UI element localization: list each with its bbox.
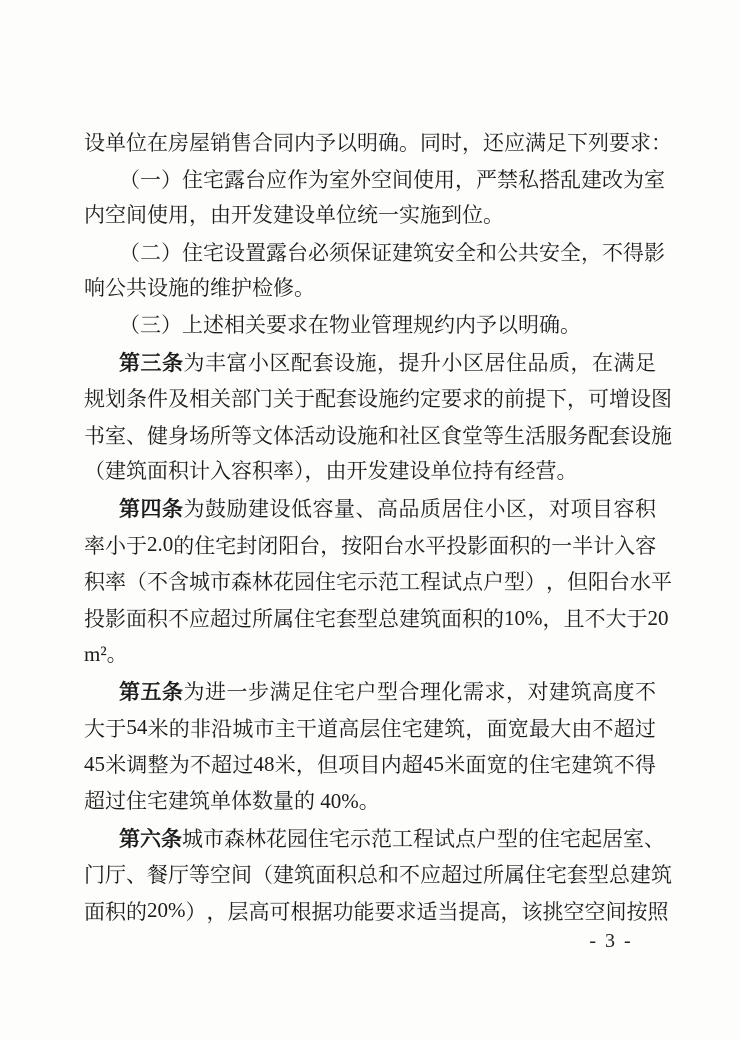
text-run: 生	[504, 420, 525, 450]
text-run: 求	[462, 383, 483, 413]
text-run: 住	[294, 603, 315, 633]
text-line: 第三条为丰富小区配套设施，提升小区居住品质，在满足	[84, 344, 656, 381]
text-run: 程	[420, 566, 441, 596]
text-run: 米	[105, 749, 126, 779]
text-run: 步	[248, 676, 269, 706]
text-run: 超	[402, 749, 423, 779]
text-run: ，	[528, 493, 549, 523]
text-run: ）	[161, 164, 182, 194]
text-run: 堂	[462, 420, 483, 450]
text-run: 公	[497, 237, 518, 267]
text-run: 总	[378, 603, 399, 633]
text-run: 外	[350, 164, 371, 194]
text-run: 乱	[560, 164, 581, 194]
text-run: 及	[168, 383, 189, 413]
text-run: 室	[623, 823, 644, 853]
scanned-document-page: 设单位在房屋销售合同内予以明确。同时，还应满足下列要求：（一）住宅露台应作为室外…	[0, 0, 740, 1041]
text-run: 10%	[504, 606, 543, 631]
text-run: 宅	[336, 566, 357, 596]
text-run: 根	[291, 896, 312, 926]
text-run: 层	[228, 896, 249, 926]
text-run: 保	[350, 237, 371, 267]
text-run: 间	[392, 164, 413, 194]
text-run: 程	[413, 823, 434, 853]
text-run: ，	[207, 896, 228, 926]
text-run: 市	[203, 823, 224, 853]
text-run: 影	[644, 237, 665, 267]
text-run: 划	[105, 383, 126, 413]
text-run: 功	[333, 896, 354, 926]
text-run: 第	[119, 493, 140, 523]
text-run: 但	[317, 749, 338, 779]
text-run: 投	[446, 530, 467, 560]
text-run: 屋	[189, 127, 210, 157]
text-run: 不	[147, 566, 168, 596]
text-run: 层	[359, 713, 380, 743]
text-run: 住	[381, 713, 402, 743]
text-run: 室	[105, 420, 126, 450]
text-run: 高	[592, 676, 613, 706]
text-run: 整	[148, 749, 169, 779]
text-run: 20%	[147, 898, 186, 923]
text-run: 第	[119, 823, 140, 853]
text-line: 超过住宅建筑单体数量的 40%。	[84, 783, 656, 820]
text-run: 沿	[211, 713, 232, 743]
text-run: 挑	[543, 896, 564, 926]
text-run: 施	[356, 347, 377, 377]
text-run: 计	[593, 530, 614, 560]
text-run: 林	[252, 566, 273, 596]
text-run: 室	[644, 164, 665, 194]
text-run: 台	[609, 566, 630, 596]
text-run: 一	[551, 530, 572, 560]
text-run: 影	[105, 603, 126, 633]
text-run: 型	[357, 603, 378, 633]
text-run: 适	[417, 896, 438, 926]
text-run: 和	[378, 420, 399, 450]
text-run: 设	[224, 237, 245, 267]
text-run: 最	[529, 713, 550, 743]
text-run: ，	[506, 676, 527, 706]
text-run: ：	[651, 127, 672, 157]
text-run: 宽	[487, 749, 508, 779]
text-line: （三）上述相关要求在物业管理规约内予以明确。	[84, 307, 656, 344]
text-run: 影	[467, 530, 488, 560]
text-run: 建	[423, 713, 444, 743]
text-run: 住	[182, 164, 203, 194]
text-run: 花	[273, 566, 294, 596]
text-run: 部	[231, 383, 252, 413]
text-run: 安	[434, 237, 455, 267]
text-run: 米	[275, 749, 296, 779]
text-run: 第	[119, 347, 140, 377]
text-run: 当	[438, 896, 459, 926]
text-run: 提	[459, 896, 480, 926]
paragraph-article-4: 第四条为鼓励建设低容量、高品质居住小区，对项目容积率小于2.0的住宅封闭阳台，按…	[84, 490, 656, 673]
text-run: 筑	[444, 713, 465, 743]
text-run: 五	[141, 676, 162, 706]
text-run: 合	[252, 127, 273, 157]
text-run: 市	[210, 566, 231, 596]
text-run: 住	[313, 676, 334, 706]
text-run: 台	[299, 530, 320, 560]
document-body: 设单位在房屋销售合同内予以明确。同时，还应满足下列要求：（一）住宅露台应作为室外…	[84, 124, 656, 929]
text-run: 户	[356, 676, 377, 706]
text-run: 施	[378, 383, 399, 413]
text-run: 面	[126, 603, 147, 633]
text-run: 服	[546, 420, 567, 450]
text-run: 半	[572, 530, 593, 560]
text-run: 超过住宅建筑单体数量的 40%。	[84, 789, 380, 813]
text-run: 宅	[560, 823, 581, 853]
text-run: 升	[420, 347, 441, 377]
text-run: 间	[231, 859, 252, 889]
text-run: 项	[338, 749, 359, 779]
text-run: 安	[539, 237, 560, 267]
paragraph-item-3: （三）上述相关要求在物业管理规约内予以明确。	[84, 307, 656, 344]
text-run: 进	[205, 676, 226, 706]
text-line: 设单位在房屋销售合同内予以明确。同时，还应满足下列要求：	[84, 124, 656, 161]
text-run: 等	[483, 420, 504, 450]
text-run: 空	[585, 896, 606, 926]
text-run: 主	[275, 713, 296, 743]
text-line: 投影面积不应超过所属住宅套型总建筑面积的10%，且不大于20	[84, 600, 656, 637]
text-run: 筑	[571, 676, 592, 706]
text-line: 45米调整为不超过48米，但项目内超45米面宽的住宅建筑不得	[84, 746, 656, 783]
text-run: 设	[357, 383, 378, 413]
text-line: 规划条件及相关部门关于配套设施约定要求的前提下，可增设图	[84, 380, 656, 417]
text-run: 一	[227, 676, 248, 706]
text-run: 约	[399, 383, 420, 413]
paragraph-article-3: 第三条为丰富小区配套设施，提升小区居住品质，在满足规划条件及相关部门关于配套设施…	[84, 344, 656, 490]
text-run: 足	[635, 347, 656, 377]
text-run: 宽	[508, 713, 529, 743]
text-run: 、	[356, 493, 377, 523]
text-run: 共	[518, 237, 539, 267]
text-run: ，	[543, 603, 564, 633]
text-run: 的	[518, 823, 539, 853]
text-run: 。	[399, 127, 420, 157]
text-run: 满	[270, 676, 291, 706]
text-run: 面	[84, 896, 105, 926]
text-run: 工	[399, 566, 420, 596]
text-run: ，	[462, 127, 483, 157]
text-run: 品	[399, 493, 420, 523]
text-run: 的	[483, 383, 504, 413]
text-run: 超	[211, 749, 232, 779]
text-run: 水	[630, 566, 651, 596]
text-run: 台	[287, 237, 308, 267]
text-run: 型	[588, 859, 609, 889]
text-run: 率	[84, 530, 105, 560]
text-run: 定	[420, 383, 441, 413]
text-run: 含	[168, 566, 189, 596]
text-run: 全	[455, 237, 476, 267]
text-line: 第六条城市森林花园住宅示范工程试点户型的住宅起居室、	[84, 819, 656, 856]
text-run: 室	[329, 164, 350, 194]
text-run: 确	[378, 127, 399, 157]
text-run: 位	[126, 127, 147, 157]
text-run: 非	[190, 713, 211, 743]
paragraph-item-2: （二）住宅设置露台必须保证建筑安全和公共安全，不得影响公共设施的维护检修。	[84, 234, 656, 307]
text-run: 建	[273, 859, 294, 889]
text-run: 足	[291, 676, 312, 706]
text-run: 的	[169, 713, 190, 743]
text-run: 书	[84, 420, 105, 450]
text-line: （二）住宅设置露台必须保证建筑安全和公共安全，不得影	[84, 234, 656, 271]
text-run: 宅	[550, 749, 571, 779]
text-run: 售	[231, 127, 252, 157]
text-run: 销	[210, 127, 231, 157]
text-run: 证	[371, 237, 392, 267]
text-run: 内	[381, 749, 402, 779]
text-run: 厅	[105, 859, 126, 889]
text-run: 示	[357, 566, 378, 596]
text-run: 满	[614, 347, 635, 377]
text-run: 不	[168, 603, 189, 633]
text-run: 宅	[203, 164, 224, 194]
text-run: 的	[126, 896, 147, 926]
text-line: m²。	[84, 636, 656, 673]
text-line: （建筑面积计入容积率），由开发建设单位持有经营。	[84, 453, 656, 490]
text-run: 区	[463, 347, 484, 377]
text-run: 宅	[329, 823, 350, 853]
text-run: 前	[504, 383, 525, 413]
text-run: m²。	[84, 642, 128, 666]
text-run: 积	[105, 896, 126, 926]
text-run: 建	[392, 237, 413, 267]
text-run: 同	[273, 127, 294, 157]
text-run: 套	[313, 347, 334, 377]
text-run: 食	[441, 420, 462, 450]
text-run: 高	[480, 896, 501, 926]
text-run: 条	[126, 383, 147, 413]
text-run: 响公共设施的维护检修。	[84, 276, 315, 300]
text-run: 示	[350, 823, 371, 853]
text-run: 、	[126, 859, 147, 889]
text-run: 得	[635, 749, 656, 779]
text-run: 不	[593, 713, 614, 743]
text-run: 和	[378, 859, 399, 889]
text-run: ，	[546, 566, 567, 596]
text-run: 建	[581, 164, 602, 194]
text-run: 等	[231, 420, 252, 450]
text-run: 于	[294, 383, 315, 413]
text-run: 应	[504, 127, 525, 157]
text-run: 内空间使用，由开发建设单位统一实施到位。	[84, 203, 504, 227]
text-run: 应	[189, 603, 210, 633]
text-run: ，	[455, 164, 476, 194]
text-run: 住	[308, 823, 329, 853]
text-run: 宅	[546, 859, 567, 889]
text-run: 的	[530, 530, 551, 560]
text-run: 区	[420, 420, 441, 450]
text-line: 书室、健身场所等文体活动设施和社区食堂等生活服务配套设施	[84, 417, 656, 454]
text-run: 积	[635, 493, 656, 523]
text-run: 且	[564, 603, 585, 633]
text-run: 理	[420, 676, 441, 706]
text-run: 住	[539, 823, 560, 853]
paragraph-item-1: （一）住宅露台应作为室外空间使用，严禁私搭乱建改为室内空间使用，由开发建设单位统…	[84, 161, 656, 234]
text-run: 积	[336, 859, 357, 889]
text-run: 过	[232, 749, 253, 779]
text-run: 森	[231, 566, 252, 596]
text-run: 工	[392, 823, 413, 853]
text-run: 型	[377, 676, 398, 706]
text-run: 配	[315, 383, 336, 413]
text-run: ，	[571, 347, 592, 377]
text-run: 设	[336, 420, 357, 450]
text-run: 筑	[294, 859, 315, 889]
text-run: 过	[231, 603, 252, 633]
text-run: 为	[184, 493, 205, 523]
text-run: ）	[161, 237, 182, 267]
text-run: 可	[588, 383, 609, 413]
text-run: 筑	[593, 749, 614, 779]
text-run: 关	[273, 383, 294, 413]
text-run: 用	[434, 164, 455, 194]
text-run: 点	[462, 566, 483, 596]
text-run: 量	[334, 493, 355, 523]
text-run: 过	[462, 859, 483, 889]
text-run: 宅	[215, 530, 236, 560]
text-run: 提	[525, 383, 546, 413]
text-line: 响公共设施的维护检修。	[84, 270, 656, 307]
text-run: 空	[371, 164, 392, 194]
text-run: 小	[442, 347, 463, 377]
text-run: 为	[169, 749, 190, 779]
text-run: 门	[252, 383, 273, 413]
text-run: 入	[614, 530, 635, 560]
text-run: 居	[442, 493, 463, 523]
text-run: 化	[442, 676, 463, 706]
text-run: 据	[312, 896, 333, 926]
text-run: 予	[315, 127, 336, 157]
text-run: 以	[336, 127, 357, 157]
text-run: 试	[434, 823, 455, 853]
text-line: （一）住宅露台应作为室外空间使用，严禁私搭乱建改为室	[84, 161, 656, 198]
text-run: ，	[567, 383, 588, 413]
text-run: 丰	[205, 347, 226, 377]
text-run: 48	[254, 752, 275, 777]
text-run: 设	[270, 493, 291, 523]
text-run: 社	[399, 420, 420, 450]
text-line: 第五条为进一步满足住宅户型合理化需求，对建筑高度不	[84, 673, 656, 710]
text-run: 要	[609, 127, 630, 157]
text-run: 高	[377, 493, 398, 523]
text-run: 于	[627, 603, 648, 633]
text-run: 花	[266, 823, 287, 853]
text-run: 明	[357, 127, 378, 157]
text-run: 项	[571, 493, 592, 523]
text-run: 间	[606, 896, 627, 926]
text-run: 应	[420, 859, 441, 889]
text-run: 务	[567, 420, 588, 450]
text-run: 型	[504, 566, 525, 596]
text-run: 露	[266, 237, 287, 267]
text-run: 四	[141, 493, 162, 523]
text-run: 面	[487, 713, 508, 743]
text-run: 宅	[315, 603, 336, 633]
text-run: ）	[525, 566, 546, 596]
text-run: 可	[270, 896, 291, 926]
text-run: 道	[317, 713, 338, 743]
text-run: 鼓	[205, 493, 226, 523]
text-run: 筑	[420, 603, 441, 633]
text-run: 下	[546, 383, 567, 413]
text-run: 按	[341, 530, 362, 560]
text-run: 高	[338, 713, 359, 743]
text-run: 住	[529, 749, 550, 779]
text-run: 住	[463, 493, 484, 523]
text-run: ，	[320, 530, 341, 560]
text-run: 属	[273, 603, 294, 633]
text-run: 所	[483, 859, 504, 889]
text-run: 增	[609, 383, 630, 413]
text-run: 条	[161, 823, 182, 853]
text-run: 设	[630, 420, 651, 450]
text-run: 求	[630, 127, 651, 157]
text-run: 设	[84, 127, 105, 157]
text-run: 件	[147, 383, 168, 413]
text-run: ）	[186, 896, 207, 926]
text-run: 户	[483, 566, 504, 596]
text-run: 空	[210, 859, 231, 889]
text-run: 场	[189, 420, 210, 450]
text-run: 封	[236, 530, 257, 560]
text-run: 居	[602, 823, 623, 853]
text-run: 须	[329, 237, 350, 267]
text-run: 积	[509, 530, 530, 560]
text-run: 属	[504, 859, 525, 889]
text-run: 不	[602, 237, 623, 267]
text-run: 内	[294, 127, 315, 157]
text-run: 一	[140, 164, 161, 194]
text-run: 户	[476, 823, 497, 853]
text-run: 2.0	[147, 532, 173, 557]
text-run: 阳	[362, 530, 383, 560]
text-run: 和	[476, 237, 497, 267]
text-run: 林	[245, 823, 266, 853]
text-run: 宅	[402, 713, 423, 743]
text-run: 使	[413, 164, 434, 194]
text-run: 照	[648, 896, 669, 926]
text-run: 改	[602, 164, 623, 194]
text-run: 提	[399, 347, 420, 377]
text-run: 要	[441, 383, 462, 413]
text-run: 超	[614, 713, 635, 743]
text-run: 房	[168, 127, 189, 157]
text-run: 超	[210, 603, 231, 633]
text-run: 二	[140, 237, 161, 267]
text-run: 米	[444, 749, 465, 779]
text-run: 设	[630, 383, 651, 413]
text-run: 空	[564, 896, 585, 926]
text-run: 单	[105, 127, 126, 157]
text-run: 求	[485, 676, 506, 706]
text-run: 所	[210, 420, 231, 450]
text-run: 总	[357, 859, 378, 889]
text-run: 配	[588, 420, 609, 450]
text-run: 米	[148, 713, 169, 743]
text-run: 的	[173, 530, 194, 560]
text-run: 要	[375, 896, 396, 926]
text-run: 区	[270, 347, 291, 377]
text-run: 不	[635, 676, 656, 706]
text-run: 住	[194, 530, 215, 560]
text-run: 建	[571, 749, 592, 779]
text-run: 的	[508, 749, 529, 779]
